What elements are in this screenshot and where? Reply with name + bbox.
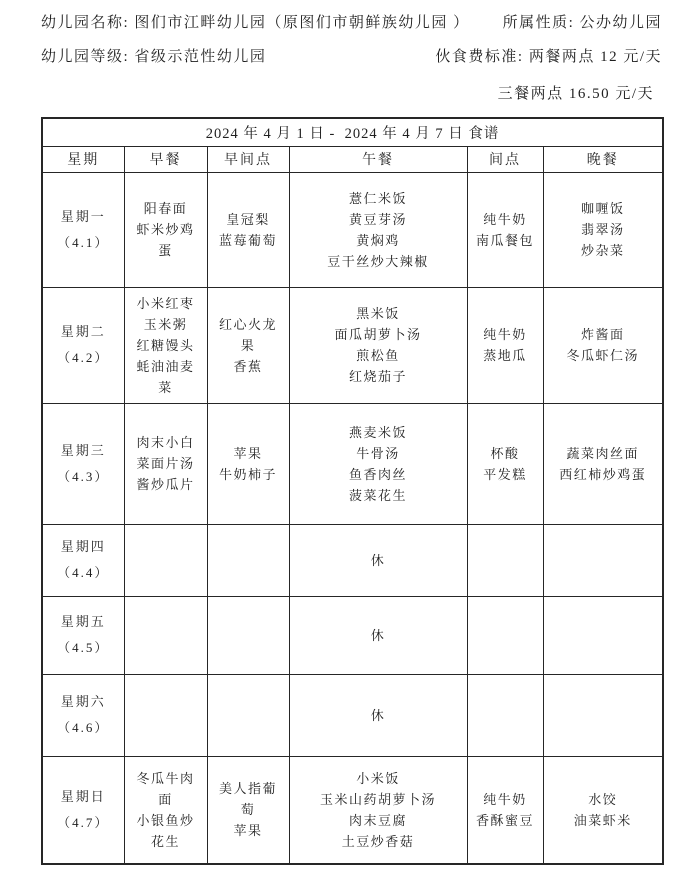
kindergarten-name-label: 幼儿园名称:: [41, 15, 134, 31]
ownership-nature: 所属性质: 公办幼儿园: [503, 13, 662, 33]
table-row-wednesday: 星期三 （4.3） 肉末小白菜面片汤 酱炒瓜片 苹果 牛奶柿子 燕麦米饭 牛骨汤…: [42, 403, 663, 524]
morning-snack-cell: 苹果 牛奶柿子: [207, 403, 289, 524]
table-row-friday: 星期五 （4.5） 休: [42, 596, 663, 674]
column-header-breakfast: 早餐: [124, 146, 207, 172]
snack-cell: 纯牛奶 南瓜餐包: [467, 172, 543, 287]
dinner-cell: 炸酱面 冬瓜虾仁汤: [543, 287, 663, 403]
snack-cell: [467, 674, 543, 756]
dinner-cell: [543, 596, 663, 674]
morning-snack-cell: 皇冠梨 蓝莓葡萄: [207, 172, 289, 287]
column-header-dinner: 晚餐: [543, 146, 663, 172]
lunch-cell: 休: [289, 596, 467, 674]
table-row-sunday: 星期日 （4.7） 冬瓜牛肉面 小银鱼炒花生 美人指葡萄 苹果 小米饭 玉米山药…: [42, 756, 663, 864]
kindergarten-grade: 幼儿园等级: 省级示范性幼儿园: [41, 47, 266, 67]
breakfast-cell: 肉末小白菜面片汤 酱炒瓜片: [124, 403, 207, 524]
lunch-cell: 燕麦米饭 牛骨汤 鱼香肉丝 菠菜花生: [289, 403, 467, 524]
table-row-tuesday: 星期二 （4.2） 小米红枣玉米粥 红糖馒头 蚝油油麦菜 红心火龙果 香蕉 黑米…: [42, 287, 663, 403]
breakfast-cell: [124, 596, 207, 674]
column-header-snack: 间点: [467, 146, 543, 172]
info-line-3: 三餐两点 16.50 元/天: [41, 84, 662, 104]
dinner-cell: 咖喱饭 翡翠汤 炒杂菜: [543, 172, 663, 287]
weekly-menu-table: 2024 年 4 月 1 日 - 2024 年 4 月 7 日 食谱 星期 早餐…: [41, 117, 664, 865]
lunch-cell: 休: [289, 674, 467, 756]
dinner-cell: 水饺 油菜虾米: [543, 756, 663, 864]
breakfast-cell: 冬瓜牛肉面 小银鱼炒花生: [124, 756, 207, 864]
dinner-cell: [543, 674, 663, 756]
breakfast-cell: [124, 524, 207, 596]
dinner-cell: 蔬菜肉丝面 西红柿炒鸡蛋: [543, 403, 663, 524]
kindergarten-name-value: 图们市江畔幼儿园（原图们市朝鲜族幼儿园 ）: [134, 15, 469, 31]
lunch-cell: 小米饭 玉米山药胡萝卜汤 肉末豆腐 土豆炒香菇: [289, 756, 467, 864]
day-cell: 星期一 （4.1）: [42, 172, 124, 287]
meal-fee-value-1: 两餐两点 12 元/天: [529, 49, 662, 65]
breakfast-cell: 阳春面 虾米炒鸡蛋: [124, 172, 207, 287]
ownership-nature-value: 公办幼儿园: [579, 15, 662, 31]
column-header-day: 星期: [42, 146, 124, 172]
day-cell: 星期五 （4.5）: [42, 596, 124, 674]
kindergarten-name: 幼儿园名称: 图们市江畔幼儿园（原图们市朝鲜族幼儿园 ）: [41, 13, 470, 33]
snack-cell: 纯牛奶 香酥蜜豆: [467, 756, 543, 864]
breakfast-cell: [124, 674, 207, 756]
menu-title: 2024 年 4 月 1 日 - 2024 年 4 月 7 日 食谱: [42, 118, 663, 146]
menu-document: 幼儿园名称: 图们市江畔幼儿园（原图们市朝鲜族幼儿园 ） 所属性质: 公办幼儿园…: [0, 0, 700, 870]
column-header-lunch: 午餐: [289, 146, 467, 172]
table-row-monday: 星期一 （4.1） 阳春面 虾米炒鸡蛋 皇冠梨 蓝莓葡萄 薏仁米饭 黄豆芽汤 黄…: [42, 172, 663, 287]
kindergarten-grade-value: 省级示范性幼儿园: [134, 49, 266, 65]
day-cell: 星期三 （4.3）: [42, 403, 124, 524]
lunch-cell: 黑米饭 面瓜胡萝卜汤 煎松鱼 红烧茄子: [289, 287, 467, 403]
snack-cell: [467, 596, 543, 674]
snack-cell: 纯牛奶 蒸地瓜: [467, 287, 543, 403]
snack-cell: [467, 524, 543, 596]
lunch-cell: 薏仁米饭 黄豆芽汤 黄焖鸡 豆干丝炒大辣椒: [289, 172, 467, 287]
day-cell: 星期四 （4.4）: [42, 524, 124, 596]
dinner-cell: [543, 524, 663, 596]
day-cell: 星期日 （4.7）: [42, 756, 124, 864]
snack-cell: 杯酸 平发糕: [467, 403, 543, 524]
lunch-cell: 休: [289, 524, 467, 596]
day-cell: 星期六 （4.6）: [42, 674, 124, 756]
table-header-row: 星期 早餐 早间点 午餐 间点 晚餐: [42, 146, 663, 172]
column-header-morning-snack: 早间点: [207, 146, 289, 172]
day-cell: 星期二 （4.2）: [42, 287, 124, 403]
table-row-saturday: 星期六 （4.6） 休: [42, 674, 663, 756]
table-title-row: 2024 年 4 月 1 日 - 2024 年 4 月 7 日 食谱: [42, 118, 663, 146]
meal-fee-label: 伙食费标准:: [435, 49, 528, 65]
kindergarten-grade-label: 幼儿园等级:: [41, 49, 134, 65]
morning-snack-cell: [207, 674, 289, 756]
info-line-2: 幼儿园等级: 省级示范性幼儿园 伙食费标准: 两餐两点 12 元/天: [41, 47, 662, 67]
ownership-nature-label: 所属性质:: [503, 15, 580, 31]
breakfast-cell: 小米红枣玉米粥 红糖馒头 蚝油油麦菜: [124, 287, 207, 403]
morning-snack-cell: [207, 524, 289, 596]
table-row-thursday: 星期四 （4.4） 休: [42, 524, 663, 596]
morning-snack-cell: [207, 596, 289, 674]
morning-snack-cell: 美人指葡萄 苹果: [207, 756, 289, 864]
meal-fee-value-2: 三餐两点 16.50 元/天: [498, 84, 654, 104]
morning-snack-cell: 红心火龙果 香蕉: [207, 287, 289, 403]
meal-fee-standard: 伙食费标准: 两餐两点 12 元/天: [435, 47, 662, 67]
info-line-1: 幼儿园名称: 图们市江畔幼儿园（原图们市朝鲜族幼儿园 ） 所属性质: 公办幼儿园: [41, 13, 662, 33]
